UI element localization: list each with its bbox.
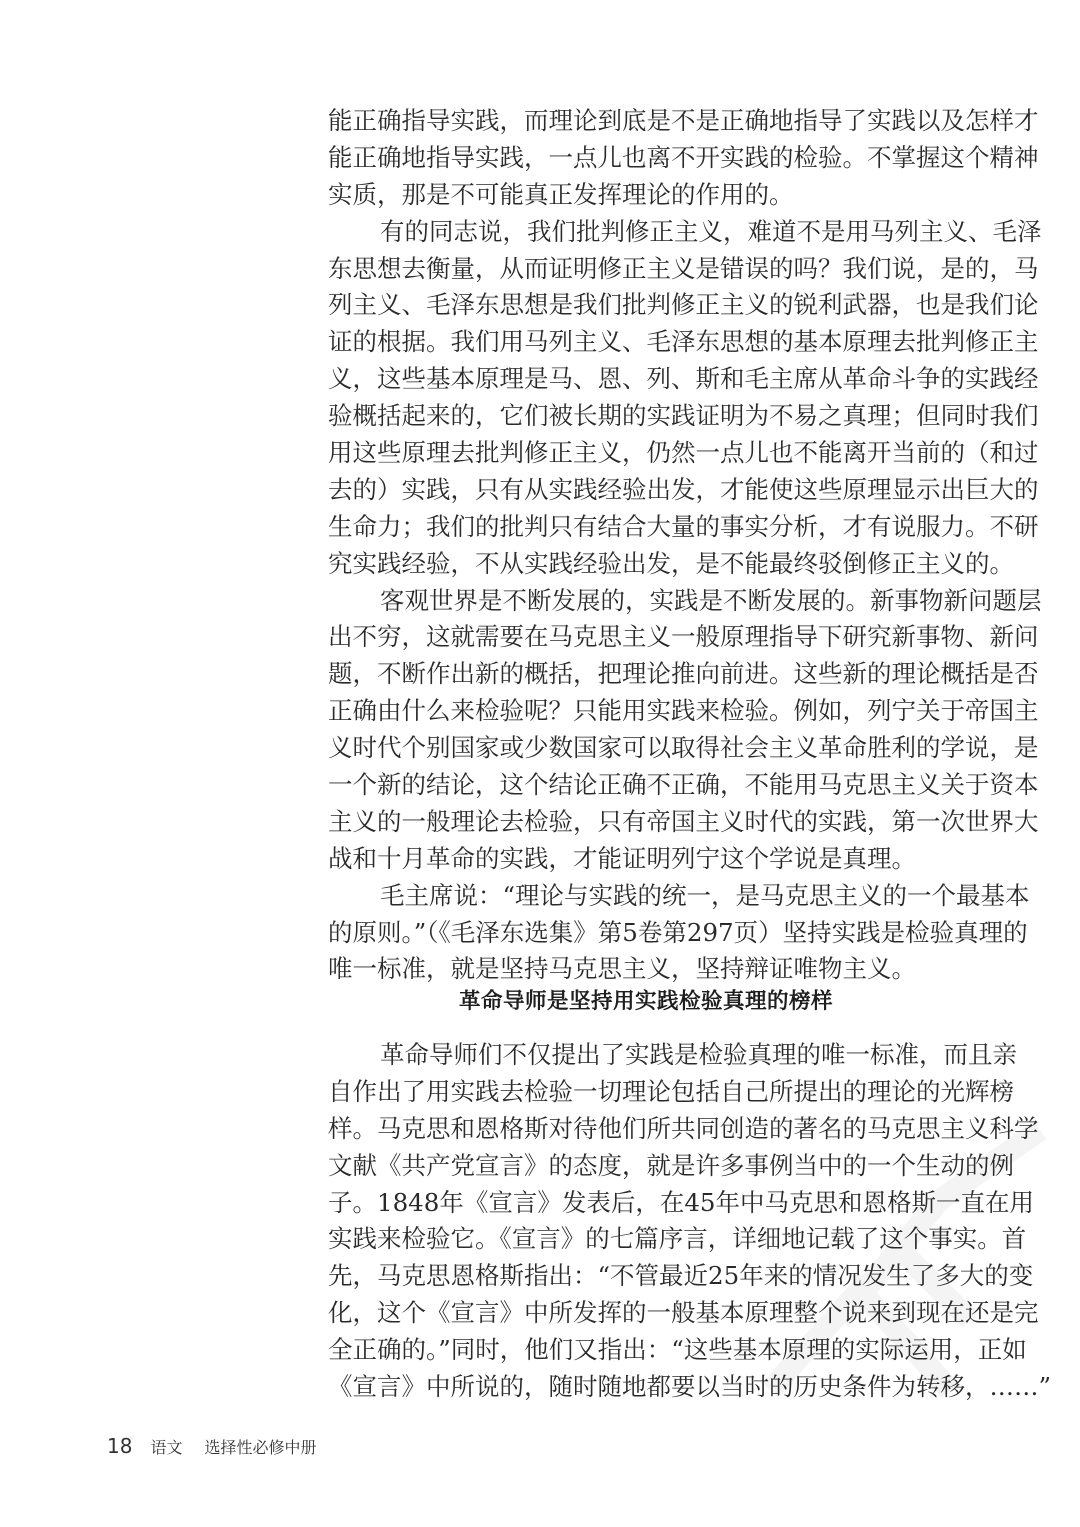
text-line: 先，马克思恩格斯指出：“不管最近25年来的情况发生了多大的变: [328, 1258, 964, 1295]
text-line: 正确由什么来检验呢？只能用实践来检验。例如，列宁关于帝国主: [328, 693, 964, 730]
paragraph: 毛主席说：“理论与实践的统一，是马克思主义的一个最基本 的原则。”（《毛泽东选集…: [328, 878, 964, 989]
text-line: 东思想去衡量，从而证明修正主义是错误的吗？我们说，是的，马: [328, 251, 964, 288]
textbook-page: 能正确指导实践，而理论到底是不是正确地指导了实践以及怎样才 能正确地指导实践，一…: [0, 0, 1080, 1527]
subject-label: 语文: [150, 1435, 182, 1458]
text-line: 能正确指导实践，而理论到底是不是正确地指导了实践以及怎样才: [328, 103, 964, 140]
text-line: 列主义、毛泽东思想是我们批判修正主义的锐利武器，也是我们论: [328, 287, 964, 324]
text-line: 全正确的。”同时，他们又指出：“这些基本原理的实际运用，正如: [328, 1332, 964, 1369]
paragraph: 革命导师们不仅提出了实践是检验真理的唯一标准，而且亲 自作出了用实践去检验一切理…: [328, 1037, 964, 1406]
text-line: 证的根据。我们用马列主义、毛泽东思想的基本原理去批判修正主: [328, 324, 964, 361]
text-line: 唯一标准，就是坚持马克思主义，坚持辩证唯物主义。: [328, 951, 964, 988]
paragraph: 有的同志说，我们批判修正主义，难道不是用马列主义、毛泽 东思想去衡量，从而证明修…: [328, 214, 964, 583]
page-number: 18: [107, 1434, 132, 1458]
paragraph: 客观世界是不断发展的，实践是不断发展的。新事物新问题层 出不穷，这就需要在马克思…: [328, 583, 964, 878]
text-line: 化，这个《宣言》中所发挥的一般基本原理整个说来到现在还是完: [328, 1295, 964, 1332]
text-line: 样。马克思和恩格斯对待他们所共同创造的著名的马克思主义科学: [328, 1111, 964, 1148]
body-text-section-1: 能正确指导实践，而理论到底是不是正确地指导了实践以及怎样才 能正确地指导实践，一…: [328, 103, 964, 988]
text-line: 有的同志说，我们批判修正主义，难道不是用马列主义、毛泽: [328, 214, 964, 251]
paragraph: 能正确指导实践，而理论到底是不是正确地指导了实践以及怎样才 能正确地指导实践，一…: [328, 103, 964, 214]
text-line: 毛主席说：“理论与实践的统一，是马克思主义的一个最基本: [328, 878, 964, 915]
text-line: 子。1848年《宣言》发表后，在45年中马克思和恩格斯一直在用: [328, 1185, 964, 1222]
text-line: 一个新的结论，这个结论正确不正确，不能用马克思主义关于资本: [328, 767, 964, 804]
text-line: 《宣言》中所说的，随时随地都要以当时的历史条件为转移，……”: [328, 1369, 964, 1406]
text-line: 战和十月革命的实践，才能证明列宁这个学说是真理。: [328, 841, 964, 878]
text-line: 题，不断作出新的概括，把理论推向前进。这些新的理论概括是否: [328, 656, 964, 693]
text-line: 实践来检验它。《宣言》的七篇序言，详细地记载了这个事实。首: [328, 1221, 964, 1258]
text-line: 出不穷，这就需要在马克思主义一般原理指导下研究新事物、新问: [328, 619, 964, 656]
text-line: 革命导师们不仅提出了实践是检验真理的唯一标准，而且亲: [328, 1037, 964, 1074]
page-footer: 18 语文 选择性必修中册: [107, 1434, 316, 1458]
text-line: 客观世界是不断发展的，实践是不断发展的。新事物新问题层: [328, 583, 964, 620]
text-line: 主义的一般理论去检验，只有帝国主义时代的实践，第一次世界大: [328, 804, 964, 841]
text-line: 生命力；我们的批判只有结合大量的事实分析，才有说服力。不研: [328, 509, 964, 546]
text-line: 能正确地指导实践，一点儿也离不开实践的检验。不掌握这个精神: [328, 140, 964, 177]
text-line: 验概括起来的，它们被长期的实践证明为不易之真理；但同时我们: [328, 398, 964, 435]
text-line: 去的）实践，只有从实践经验出发，才能使这些原理显示出巨大的: [328, 472, 964, 509]
text-line: 义，这些基本原理是马、恩、列、斯和毛主席从革命斗争的实践经: [328, 361, 964, 398]
text-line: 究实践经验，不从实践经验出发，是不能最终驳倒修正主义的。: [328, 546, 964, 583]
text-line: 实质，那是不可能真正发挥理论的作用的。: [328, 177, 964, 214]
text-line: 文献《共产党宣言》的态度，就是许多事例当中的一个生动的例: [328, 1148, 964, 1185]
text-line: 自作出了用实践去检验一切理论包括自己所提出的理论的光辉榜: [328, 1074, 964, 1111]
volume-label: 选择性必修中册: [204, 1435, 316, 1458]
section-heading: 革命导师是坚持用实践检验真理的榜样: [328, 984, 964, 1015]
text-line: 的原则。”（《毛泽东选集》第5卷第297页）坚持实践是检验真理的: [328, 915, 964, 952]
text-line: 义时代个别国家或少数国家可以取得社会主义革命胜利的学说，是: [328, 730, 964, 767]
body-text-section-2: 革命导师们不仅提出了实践是检验真理的唯一标准，而且亲 自作出了用实践去检验一切理…: [328, 1037, 964, 1406]
text-line: 用这些原理去批判修正主义，仍然一点儿也不能离开当前的（和过: [328, 435, 964, 472]
